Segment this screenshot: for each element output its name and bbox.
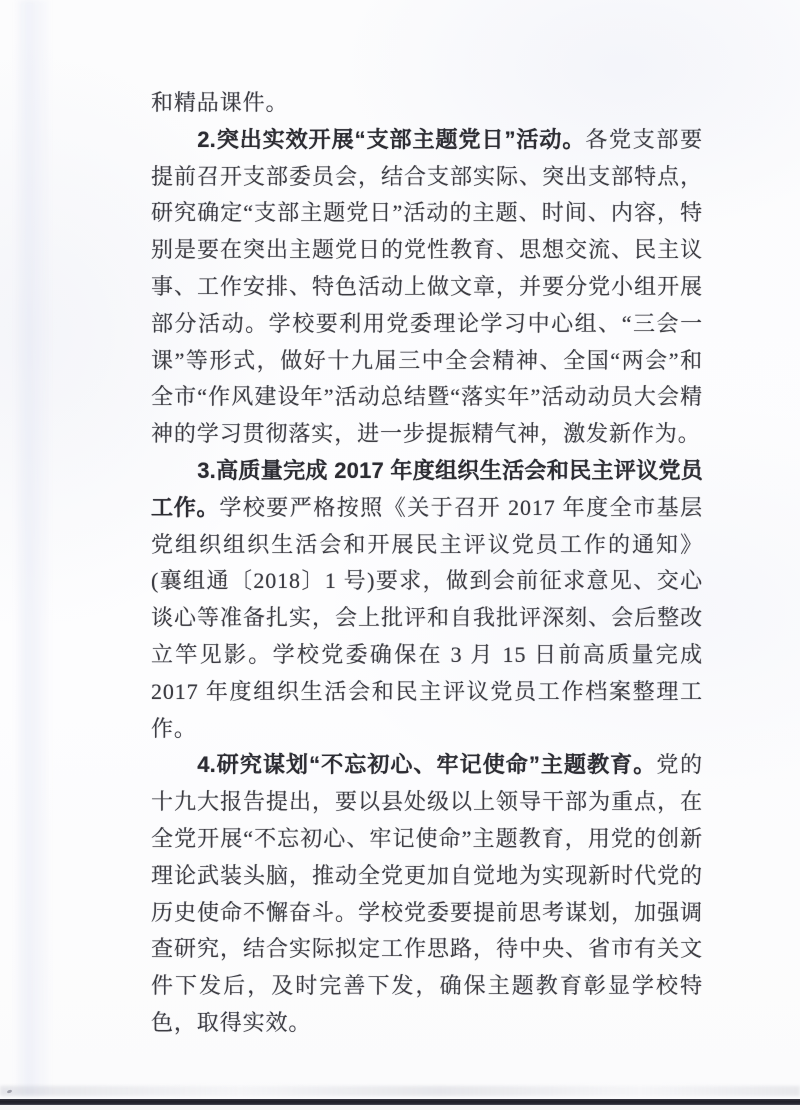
paragraph-text: 和精品课件。 bbox=[151, 90, 288, 115]
scan-left-shading bbox=[14, 0, 52, 1096]
paragraph-heading: 4.研究谋划“不忘初心、牢记使命”主题教育。 bbox=[197, 752, 656, 777]
scanned-page: 和精品课件。 2.突出实效开展“支部主题党日”活动。各党支部要提前召开支部委员会… bbox=[0, 0, 800, 1110]
paragraph-item-4: 4.研究谋划“不忘初心、牢记使命”主题教育。党的十九大报告提出，要以县处级以上领… bbox=[151, 747, 703, 1041]
document-body: 和精品课件。 2.突出实效开展“支部主题党日”活动。各党支部要提前召开支部委员会… bbox=[151, 85, 703, 1042]
paragraph-text: 党的十九大报告提出，要以县处级以上领导干部为重点，在全党开展“不忘初心、牢记使命… bbox=[151, 752, 703, 1035]
paragraph-continuation: 和精品课件。 bbox=[151, 85, 703, 122]
paragraph-text: 各党支部要提前召开支部委员会，结合支部实际、突出支部特点，研究确定“支部主题党日… bbox=[151, 127, 703, 446]
paragraph-text: 学校要严格按照《关于召开 2017 年度全市基层党组织组织生活会和开展民主评议党… bbox=[151, 495, 703, 741]
paragraph-item-2: 2.突出实效开展“支部主题党日”活动。各党支部要提前召开支部委员会，结合支部实际… bbox=[151, 122, 703, 453]
scan-below-edge bbox=[0, 1105, 800, 1110]
scan-bottom-smudge bbox=[0, 1086, 800, 1096]
paragraph-heading: 2.突出实效开展“支部主题党日”活动。 bbox=[197, 127, 585, 152]
paragraph-item-3: 3.高质量完成 2017 年度组织生活会和民主评议党员工作。学校要严格按照《关于… bbox=[151, 453, 703, 747]
